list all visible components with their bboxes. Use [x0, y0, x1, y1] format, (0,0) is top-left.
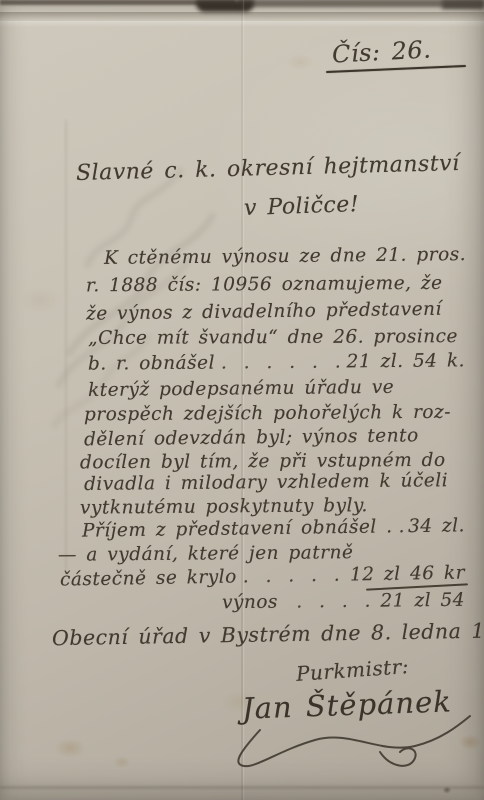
body-line: výnos . . . . 21 zl 54 — [222, 590, 465, 614]
body-line-text: vytknutému poskytnuty byly. — [80, 495, 368, 519]
body-line: „Chce mít švandu“ dne 26. prosince — [88, 326, 465, 349]
body-line: divadla i milodary vzhledem k účeli — [84, 470, 465, 495]
document-number: Čís: 26. — [331, 35, 432, 68]
body-line: K ctěnému výnosu ze dne 21. pros. — [104, 244, 465, 269]
body-line-text: částečně se krylo — [60, 566, 237, 590]
vertical-left-crease — [65, 120, 67, 570]
body-line: — a vydání, které jen patrně — [58, 541, 465, 566]
body-line-text: K ctěnému výnosu ze dne 21. pros. — [104, 244, 466, 269]
body-line-text: dělení odevzdán byl; výnos tento — [84, 425, 419, 450]
body-line-text: — a vydání, které jen patrně — [58, 542, 354, 566]
salutation-line-1: Slavné c. k. okresní hejtmanství — [76, 151, 460, 186]
signer-role: Purkmistr: — [295, 654, 409, 686]
body-line: že výnos z divadelního představení — [86, 298, 465, 324]
scanned-letter-page: Čís: 26. Slavné c. k. okresní hejtmanstv… — [0, 0, 484, 800]
dot-leader: . . . . — [290, 591, 380, 613]
paper-corner-shadow — [442, 0, 484, 9]
dot-leader: . . . . . . — [215, 351, 347, 373]
bottom-crease — [0, 786, 484, 789]
signature: Jan Štěpánek — [241, 684, 452, 725]
body-line-text: „Chce mít švandu“ dne 26. prosince — [88, 326, 458, 349]
body-line: dělení odevzdán byl; výnos tento — [84, 425, 465, 451]
amount-value: 34 zl. — [408, 515, 465, 537]
dot-leader: . — [392, 516, 408, 537]
dot-leader: . . . . . . — [237, 564, 351, 587]
body-line-text: výnos — [222, 592, 278, 614]
body-line: b. r. obnášel . . . . . . 21 zl. 54 k. — [88, 350, 465, 374]
amount-value: 12 zl 46 kr — [350, 562, 465, 585]
body-line: r. 1888 čís: 10956 oznamujeme, že — [86, 273, 465, 297]
body-line-text: Příjem z představení obnášel . — [82, 516, 393, 541]
body-line-text: prospěch zdejších pohořelých k roz- — [84, 402, 451, 426]
closing-dateline: Obecní úřad v Bystrém dne 8. ledna 1889. — [52, 618, 484, 650]
body-line-text: divadla i milodary vzhledem k účeli — [84, 470, 448, 495]
body-line-text: r. 1888 čís: 10956 oznamujeme, že — [86, 273, 443, 296]
vertical-center-crease — [241, 0, 243, 800]
body-line-text: b. r. obnášel — [88, 353, 215, 375]
amount-value: 21 zl 54 — [380, 590, 465, 612]
body-line-text: že výnos z divadelního představení — [86, 299, 442, 325]
amount-value: 21 zl. 54 k. — [347, 350, 466, 372]
body-line: vytknutému poskytnuty byly. — [80, 494, 465, 518]
body-line: Příjem z představení obnášel . . 34 zl. — [82, 515, 465, 541]
body-line: prospěch zdejších pohořelých k roz- — [84, 402, 465, 426]
salutation-line-2: v Poličce! — [244, 192, 360, 221]
body-line-text: kterýž podepsanému úřadu ve — [88, 377, 394, 401]
body-line: kterýž podepsanému úřadu ve — [88, 376, 465, 401]
